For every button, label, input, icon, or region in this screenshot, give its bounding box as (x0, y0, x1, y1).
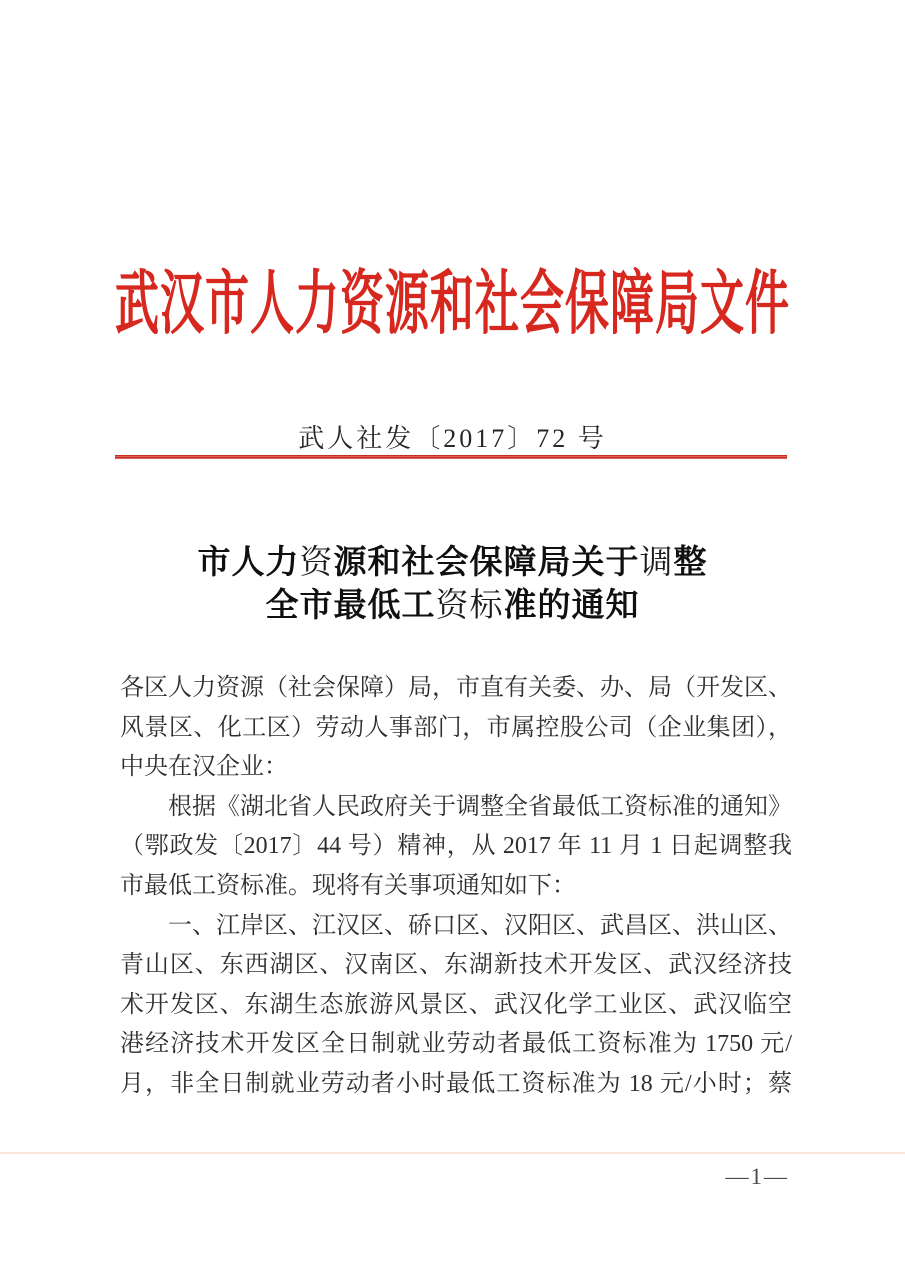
document-body: 各区人力资源（社会保障）局，市直有关委、办、局（开发区、风景区、化工区）劳动人事… (120, 669, 792, 1105)
body-text-line: 月，非全日制就业劳动者小时最低工资标准为 18 元/小时；蔡 (120, 1065, 792, 1105)
title-segment: 市人力 (198, 542, 300, 581)
document-reference-number: 武人社发〔2017〕72 号 (0, 424, 905, 454)
title-segment: 全市最低工 (266, 585, 436, 624)
footer-faint-rule (0, 1152, 905, 1154)
document-title: 市人力资源和社会保障局关于调整 全市最低工资标准的通知 (0, 541, 905, 627)
body-text-line: 中央在汉企业： (120, 748, 792, 788)
agency-letterhead: 武汉市人力资源和社会保障局文件 (0, 270, 905, 340)
title-segment: 源和社会保障局关于 (334, 542, 640, 581)
body-text-line: 风景区、化工区）劳动人事部门，市属控股公司（企业集团）， (120, 709, 792, 749)
title-segment: 整 (674, 542, 708, 581)
title-segment: 调 (640, 545, 674, 581)
body-text-line: 术开发区、东湖生态旅游风景区、武汉化学工业区、武汉临空 (120, 986, 792, 1026)
scanned-official-document-page: 武汉市人力资源和社会保障局文件 武人社发〔2017〕72 号 市人力资源和社会保… (0, 0, 905, 1280)
body-text-line: 根据《湖北省人民政府关于调整全省最低工资标准的通知》 (120, 788, 792, 828)
document-title-line-2: 全市最低工资标准的通知 (0, 584, 905, 627)
body-text-line: 市最低工资标准。现将有关事项通知如下： (120, 867, 792, 907)
body-text-line: （鄂政发〔2017〕44 号）精神，从 2017 年 11 月 1 日起调整我 (120, 827, 792, 867)
document-title-line-1: 市人力资源和社会保障局关于调整 (0, 541, 905, 584)
title-segment: 准的通知 (504, 585, 640, 624)
title-segment: 资 (300, 545, 334, 581)
body-text-line: 各区人力资源（社会保障）局，市直有关委、办、局（开发区、 (120, 669, 792, 709)
title-segment: 资标 (436, 588, 504, 624)
letterhead-red-rule (115, 455, 787, 459)
body-text-line: 港经济技术开发区全日制就业劳动者最低工资标准为 1750 元/ (120, 1025, 792, 1065)
body-text-line: 青山区、东西湖区、汉南区、东湖新技术开发区、武汉经济技 (120, 946, 792, 986)
page-number: —1— (726, 1163, 790, 1191)
body-text-line: 一、江岸区、江汉区、硚口区、汉阳区、武昌区、洪山区、 (120, 907, 792, 947)
